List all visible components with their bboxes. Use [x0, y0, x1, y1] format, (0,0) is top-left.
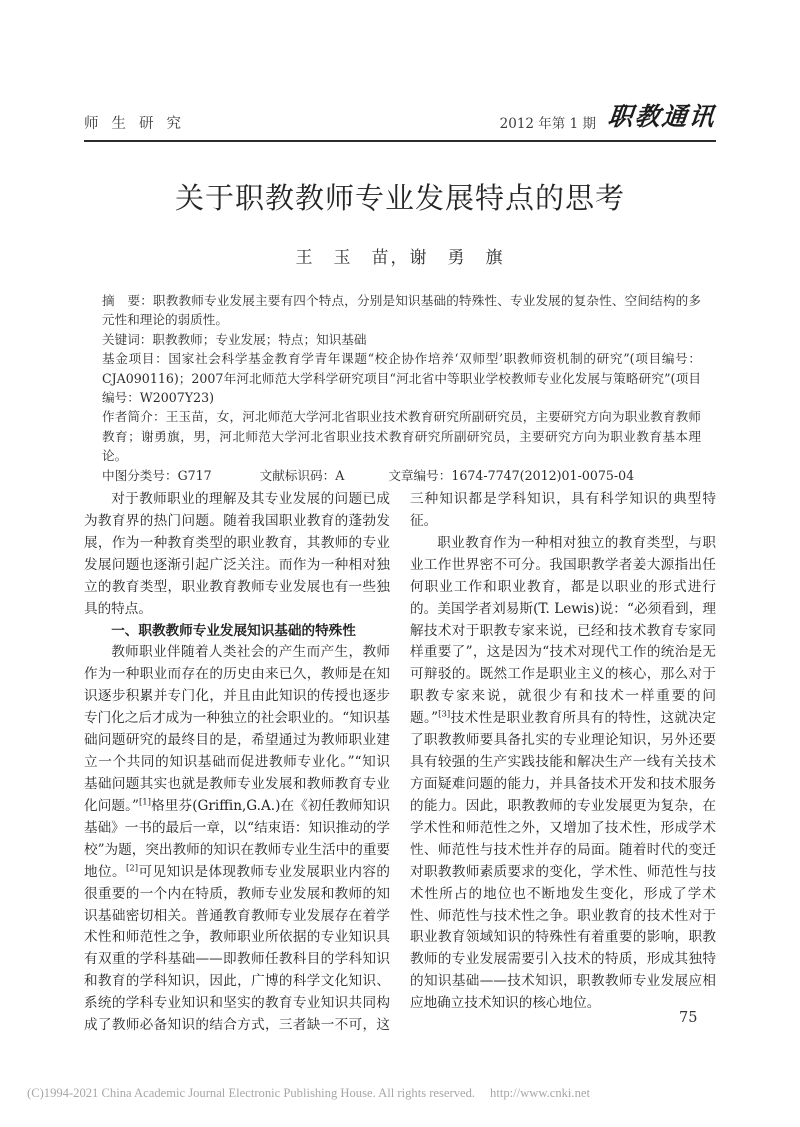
bio-label: 作者简介： — [102, 409, 166, 424]
bio-line: 作者简介：王玉苗，女，河北师范大学河北省职业技术教育研究所副研究员，主要研究方向… — [102, 407, 701, 465]
doc-code-group: 文献标识码：A — [260, 466, 345, 485]
doc-code-value: A — [335, 468, 344, 483]
body-paragraph: 对于教师职业的理解及其专业发展的问题已成为教育界的热门问题。随着我国职业教育的蓬… — [84, 489, 390, 621]
article-authors: 王 玉 苗，谢 勇 旗 — [0, 243, 800, 268]
clc-group: 中图分类号：G717 — [102, 466, 212, 485]
reference-marker: [3] — [438, 710, 450, 720]
article-body: 对于教师职业的理解及其专业发展的问题已成为教育界的热门问题。随着我国职业教育的蓬… — [84, 489, 716, 1039]
journal-logo: 职教通讯 — [606, 97, 718, 133]
doc-code-label: 文献标识码： — [260, 468, 336, 483]
reference-marker: [1] — [139, 797, 151, 807]
reference-marker: [2] — [126, 863, 138, 873]
journal-page: 师生研究 2012 年第 1 期 职教通讯 关于职教教师专业发展特点的思考 王 … — [0, 0, 800, 1127]
journal-section-title: 师生研究 — [84, 112, 194, 133]
fund-text: 国家社会科学基金教育学青年课题“校企协作培养‘双师型’职教师资机制的研究”(项目… — [102, 351, 701, 405]
abstract-text: 职教教师专业发展主要有四个特点，分别是知识基础的特殊性、专业发展的复杂性、空间结… — [102, 293, 701, 327]
clc-value: G717 — [178, 468, 212, 483]
article-title: 关于职教教师专业发展特点的思考 — [0, 176, 800, 217]
article-meta: 摘 要：职教教师专业发展主要有四个特点，分别是知识基础的特殊性、专业发展的复杂性… — [102, 291, 701, 485]
fund-label: 基金项目： — [102, 351, 168, 366]
copyright-text: (C)1994-2021 China Academic Journal Elec… — [27, 1086, 475, 1100]
header-issue-area: 2012 年第 1 期 职教通讯 — [500, 97, 716, 133]
article-id-value: 1674-7747(2012)01-0075-04 — [451, 468, 634, 483]
bio-text: 王玉苗，女，河北师范大学河北省职业技术教育研究所副研究员，主要研究方向为职业教育… — [102, 409, 701, 463]
body-paragraph: 职业教育作为一种相对独立的教育类型，与职业工作世界密不可分。我国职教学者姜大源指… — [410, 533, 716, 1015]
clc-label: 中图分类号： — [102, 468, 178, 483]
article-id-label: 文章编号： — [388, 468, 451, 483]
classification-line: 中图分类号：G717 文献标识码：A 文章编号：1674-7747(2012)0… — [102, 466, 701, 485]
page-header: 师生研究 2012 年第 1 期 职教通讯 — [84, 97, 716, 142]
article-id-group: 文章编号：1674-7747(2012)01-0075-04 — [388, 466, 634, 485]
keywords-line: 关键词：职教教师；专业发展；特点；知识基础 — [102, 330, 701, 349]
cnki-footer: (C)1994-2021 China Academic Journal Elec… — [27, 1086, 590, 1101]
cnki-url: http://www.cnki.net — [490, 1086, 590, 1100]
abstract-label: 摘 要： — [102, 293, 153, 308]
issue-label: 2012 年第 1 期 — [500, 112, 596, 133]
page-number: 75 — [679, 1010, 697, 1026]
keywords-text: 职教教师；专业发展；特点；知识基础 — [152, 332, 366, 347]
abstract-line: 摘 要：职教教师专业发展主要有四个特点，分别是知识基础的特殊性、专业发展的复杂性… — [102, 291, 701, 330]
section-heading: 一、职教教师专业发展知识基础的特殊性 — [84, 621, 390, 643]
fund-line: 基金项目：国家社会科学基金教育学青年课题“校企协作培养‘双师型’职教师资机制的研… — [102, 349, 701, 407]
keywords-label: 关键词： — [102, 332, 152, 347]
